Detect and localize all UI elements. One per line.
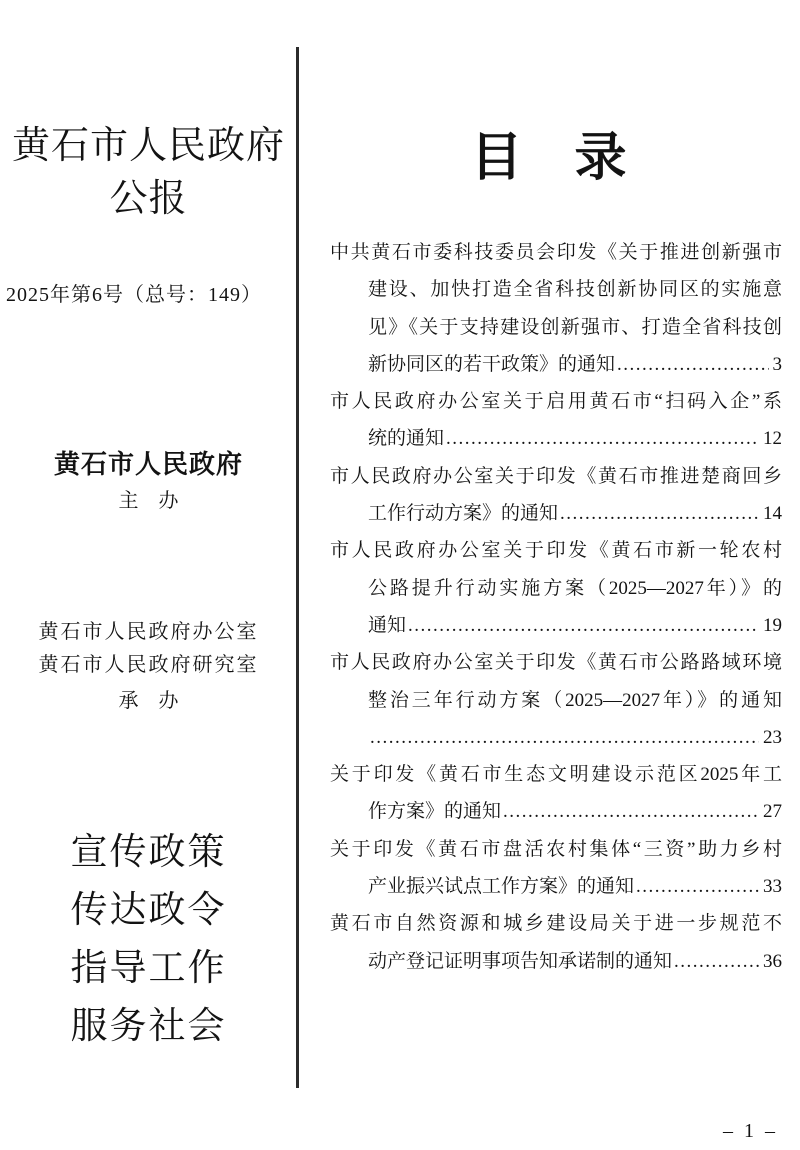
issue-number: 2025年第6号（总号：149） xyxy=(6,282,292,308)
toc-entry: 黄石市自然资源和城乡建设局关于进一步规范不 动产登记证明事项告知承诺制的通知 .… xyxy=(330,905,782,980)
toc-entry-final-line: 产业振兴试点工作方案》的通知 .........................… xyxy=(330,868,782,905)
dot-leader: ........................................… xyxy=(560,495,759,532)
toc-entry-line: 市人民政府办公室关于印发《黄石市推进楚商回乡 xyxy=(330,458,782,495)
toc-entry-line: 动产登记证明事项告知承诺制的通知 xyxy=(368,943,672,980)
toc-page-number: 36 xyxy=(759,943,782,980)
dot-leader: ........................................… xyxy=(503,793,759,830)
slogan-line-1: 宣传政策 xyxy=(0,824,297,882)
publisher-name: 黄石市人民政府 xyxy=(0,448,297,480)
toc-entry-line: 公路提升行动实施方案（2025—2027年）》的 xyxy=(330,570,782,607)
page-number: – 1 – xyxy=(723,1118,775,1144)
slogan-line-3: 指导工作 xyxy=(0,940,297,998)
toc-entry-line: 建设、加快打造全省科技创新协同区的实施意 xyxy=(330,271,782,308)
toc-entry: 关于印发《黄石市盘活农村集体“三资”助力乡村 产业振兴试点工作方案》的通知 ..… xyxy=(330,831,782,906)
toc-entry-final-line: 动产登记证明事项告知承诺制的通知 .......................… xyxy=(330,943,782,980)
toc-entry-line: 见》《关于支持建设创新强市、打造全省科技创 xyxy=(330,309,782,346)
toc-entry-final-line: 新协同区的若干政策》的通知 ..........................… xyxy=(330,346,782,383)
toc-entry-line: 关于印发《黄石市生态文明建设示范区2025年工 xyxy=(330,756,782,793)
slogan-block: 宣传政策 传达政令 指导工作 服务社会 xyxy=(0,824,297,1056)
toc-entry-line: 黄石市自然资源和城乡建设局关于进一步规范不 xyxy=(330,905,782,942)
toc-page-number: 14 xyxy=(759,495,782,532)
toc-list: 中共黄石市委科技委员会印发《关于推进创新强市 建设、加快打造全省科技创新协同区的… xyxy=(330,234,782,980)
toc-entry: 市人民政府办公室关于印发《黄石市公路路域环境 整治三年行动方案（2025—202… xyxy=(330,644,782,756)
toc-page-number: 19 xyxy=(759,607,782,644)
toc-entry: 关于印发《黄石市生态文明建设示范区2025年工 作方案》的通知 ........… xyxy=(330,756,782,831)
publisher-role: 主 办 xyxy=(0,488,297,514)
organizer-role: 承 办 xyxy=(0,688,297,714)
toc-entry-final-line: ........................................… xyxy=(330,719,782,756)
toc-entry-line: 新协同区的若干政策》的通知 xyxy=(368,346,615,383)
toc-entry-line: 工作行动方案》的通知 xyxy=(368,495,558,532)
masthead-title-line2: 公报 xyxy=(0,173,297,226)
toc-entry-line: 中共黄石市委科技委员会印发《关于推进创新强市 xyxy=(330,234,782,271)
toc-entry-line: 市人民政府办公室关于印发《黄石市公路路域环境 xyxy=(330,644,782,681)
toc-entry-line: 整治三年行动方案（2025—2027年）》的通知 xyxy=(330,682,782,719)
toc-entry: 市人民政府办公室关于启用黄石市“扫码入企”系 统的通知 ............… xyxy=(330,383,782,458)
column-divider xyxy=(296,47,299,1088)
toc-page-number: 12 xyxy=(759,420,782,457)
toc-entry-line: 统的通知 xyxy=(368,420,444,457)
toc-page-number: 3 xyxy=(769,346,783,383)
dot-leader: ........................................… xyxy=(617,346,768,383)
toc-page-number: 23 xyxy=(759,719,782,756)
dot-leader: ........................................… xyxy=(636,868,759,905)
toc-entry-final-line: 作方案》的通知 ................................… xyxy=(330,793,782,830)
toc-entry-line: 市人民政府办公室关于印发《黄石市新一轮农村 xyxy=(330,532,782,569)
toc-entry-line: 作方案》的通知 xyxy=(368,793,501,830)
toc-entry: 市人民政府办公室关于印发《黄石市推进楚商回乡 工作行动方案》的通知 ......… xyxy=(330,458,782,533)
toc-page-number: 27 xyxy=(759,793,782,830)
organizer-research-office: 黄石市人民政府研究室 xyxy=(0,652,297,678)
dot-leader: ........................................… xyxy=(408,607,759,644)
toc-entry: 市人民政府办公室关于印发《黄石市新一轮农村 公路提升行动实施方案（2025—20… xyxy=(330,532,782,644)
toc-entry-line: 通知 xyxy=(368,607,406,644)
toc-entry-final-line: 工作行动方案》的通知 .............................… xyxy=(330,495,782,532)
dot-leader: ........................................… xyxy=(674,943,759,980)
slogan-line-4: 服务社会 xyxy=(0,998,297,1056)
toc-entry-line: 产业振兴试点工作方案》的通知 xyxy=(368,868,634,905)
toc-entry-line: 关于印发《黄石市盘活农村集体“三资”助力乡村 xyxy=(330,831,782,868)
organizer-office: 黄石市人民政府办公室 xyxy=(0,619,297,645)
toc-entry-final-line: 通知 .....................................… xyxy=(330,607,782,644)
toc-entry-line: 市人民政府办公室关于启用黄石市“扫码入企”系 xyxy=(330,383,782,420)
slogan-line-2: 传达政令 xyxy=(0,882,297,940)
toc-entry-final-line: 统的通知 ...................................… xyxy=(330,420,782,457)
toc-page-number: 33 xyxy=(759,868,782,905)
toc-title: 目 录 xyxy=(297,126,800,190)
toc-entry: 中共黄石市委科技委员会印发《关于推进创新强市 建设、加快打造全省科技创新协同区的… xyxy=(330,234,782,383)
masthead-title-line1: 黄石市人民政府 xyxy=(0,120,297,173)
dot-leader: ........................................… xyxy=(446,420,759,457)
gazette-masthead: 黄石市人民政府 公报 xyxy=(0,120,297,226)
dot-leader: ........................................… xyxy=(370,719,759,756)
